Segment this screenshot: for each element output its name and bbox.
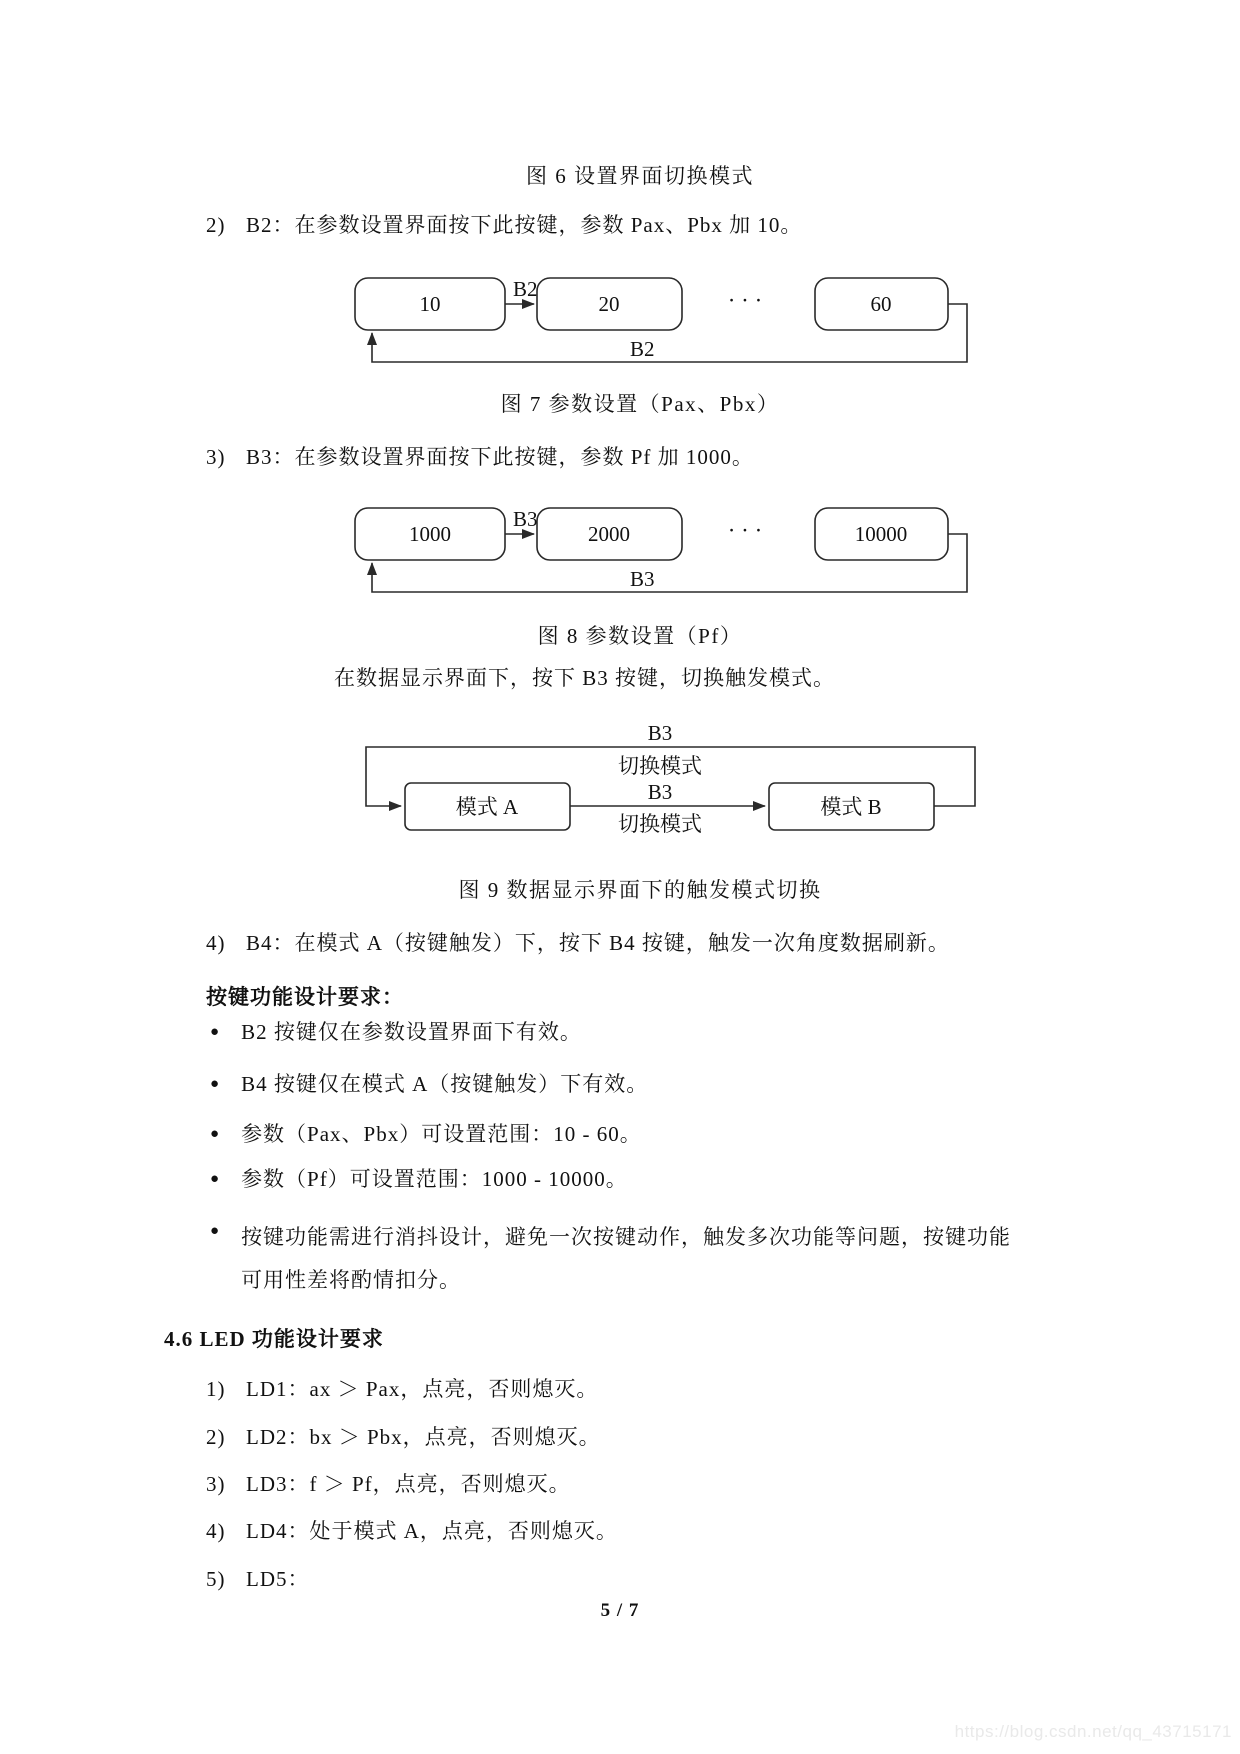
led-item-5-number: 5): [206, 1564, 246, 1594]
figure8-diagram: 1000 B3 2000 · · · 10000 B3: [340, 470, 1000, 605]
watermark-url: https://blog.csdn.net/qq_43715171: [955, 1722, 1232, 1742]
ellipsis: · · ·: [728, 518, 762, 543]
led-item-5: 5)LD5：: [206, 1564, 310, 1594]
ellipsis: · · ·: [728, 288, 762, 313]
state-box-2-label: 2000: [588, 522, 630, 546]
state-box-3-label: 10000: [855, 522, 908, 546]
bullet-icon: ●: [210, 1119, 219, 1149]
figure7-diagram: 10 B2 20 · · · 60 B2: [340, 240, 1000, 375]
led-section-heading: 4.6 LED 功能设计要求: [164, 1324, 384, 1354]
mode-a-label: 模式 A: [456, 795, 519, 819]
bullet-icon: ●: [210, 1017, 219, 1047]
state-box-2-label: 20: [599, 292, 620, 316]
list-item-2: 2)B2：在参数设置界面按下此按键，参数 Pax、Pbx 加 10。: [206, 210, 802, 240]
led-item-1-number: 1): [206, 1374, 246, 1404]
led-item-2-text: LD2：bx ＞ Pbx，点亮，否则熄灭。: [246, 1425, 601, 1449]
led-item-1-text: LD1：ax ＞ Pax，点亮，否则熄灭。: [246, 1377, 598, 1401]
bullet-text-1: B2 按键仅在参数设置界面下有效。: [241, 1017, 582, 1047]
bullet-icon: ●: [210, 1164, 219, 1194]
bullet-text-3: 参数（Pax、Pbx）可设置范围：10 - 60。: [241, 1119, 642, 1149]
page-number: 5 / 7: [190, 1600, 1050, 1622]
document-page: 图 6 设置界面切换模式 2)B2：在参数设置界面按下此按键，参数 Pax、Pb…: [0, 0, 1240, 1754]
list-item-4: 4)B4：在模式 A（按键触发）下，按下 B4 按键，触发一次角度数据刷新。: [206, 928, 950, 958]
loop-arrow-label: B3: [630, 567, 655, 591]
bullet-icon: ●: [210, 1216, 219, 1246]
led-item-2: 2)LD2：bx ＞ Pbx，点亮，否则熄灭。: [206, 1422, 601, 1452]
state-box-3-label: 60: [871, 292, 892, 316]
led-item-3: 3)LD3：f ＞ Pf，点亮，否则熄灭。: [206, 1469, 571, 1499]
led-item-5-text: LD5：: [246, 1567, 310, 1591]
forward-arrow-label: B2: [513, 277, 538, 301]
bullet-text-2: B4 按键仅在模式 A（按键触发）下有效。: [241, 1069, 648, 1099]
bullet-item-4: ● 参数（Pf）可设置范围：1000 - 10000。: [210, 1164, 628, 1194]
list-item-2-text: B2：在参数设置界面按下此按键，参数 Pax、Pbx 加 10。: [246, 213, 802, 237]
loop-arrow-label: B2: [630, 337, 655, 361]
top-loop-action-label: 切换模式: [618, 754, 702, 778]
list-item-3-number: 3): [206, 442, 246, 472]
bullet-item-5: ● 按键功能需进行消抖设计，避免一次按键动作，触发多次功能等问题，按键功能可用性…: [210, 1216, 1011, 1302]
led-item-4-number: 4): [206, 1516, 246, 1546]
bullet-text-4: 参数（Pf）可设置范围：1000 - 10000。: [241, 1164, 628, 1194]
figure8-caption: 图 8 参数设置（Pf）: [190, 620, 1090, 650]
mode-b-label: 模式 B: [820, 795, 881, 819]
figure7-caption: 图 7 参数设置（Pax、Pbx）: [190, 388, 1090, 418]
list-item-4-number: 4): [206, 928, 246, 958]
key-requirements-heading: 按键功能设计要求：: [206, 982, 404, 1012]
top-loop-key-label: B3: [648, 721, 673, 745]
trigger-mode-paragraph: 在数据显示界面下，按下 B3 按键，切换触发模式。: [334, 663, 835, 693]
figure6-caption: 图 6 设置界面切换模式: [190, 160, 1090, 190]
list-item-4-text: B4：在模式 A（按键触发）下，按下 B4 按键，触发一次角度数据刷新。: [246, 931, 950, 955]
led-item-4: 4)LD4：处于模式 A，点亮，否则熄灭。: [206, 1516, 618, 1546]
bullet-icon: ●: [210, 1069, 219, 1099]
figure9-diagram: B3 切换模式 B3 模式 A 模式 B 切换模式: [330, 700, 990, 860]
forward-arrow-label: B3: [513, 507, 538, 531]
mid-arrow-action-label: 切换模式: [618, 812, 702, 836]
led-item-2-number: 2): [206, 1422, 246, 1452]
led-item-3-text: LD3：f ＞ Pf，点亮，否则熄灭。: [246, 1472, 571, 1496]
state-box-1-label: 10: [420, 292, 441, 316]
led-item-1: 1)LD1：ax ＞ Pax，点亮，否则熄灭。: [206, 1374, 598, 1404]
list-item-3-text: B3：在参数设置界面按下此按键，参数 Pf 加 1000。: [246, 445, 754, 469]
bullet-text-5: 按键功能需进行消抖设计，避免一次按键动作，触发多次功能等问题，按键功能可用性差将…: [241, 1216, 1011, 1302]
bullet-item-3: ● 参数（Pax、Pbx）可设置范围：10 - 60。: [210, 1119, 642, 1149]
bullet-item-2: ● B4 按键仅在模式 A（按键触发）下有效。: [210, 1069, 648, 1099]
mid-arrow-key-label: B3: [648, 780, 673, 804]
figure9-caption: 图 9 数据显示界面下的触发模式切换: [190, 874, 1090, 904]
led-item-3-number: 3): [206, 1469, 246, 1499]
bullet-item-1: ● B2 按键仅在参数设置界面下有效。: [210, 1017, 582, 1047]
list-item-2-number: 2): [206, 210, 246, 240]
led-item-4-text: LD4：处于模式 A，点亮，否则熄灭。: [246, 1519, 618, 1543]
state-box-1-label: 1000: [409, 522, 451, 546]
list-item-3: 3)B3：在参数设置界面按下此按键，参数 Pf 加 1000。: [206, 442, 754, 472]
